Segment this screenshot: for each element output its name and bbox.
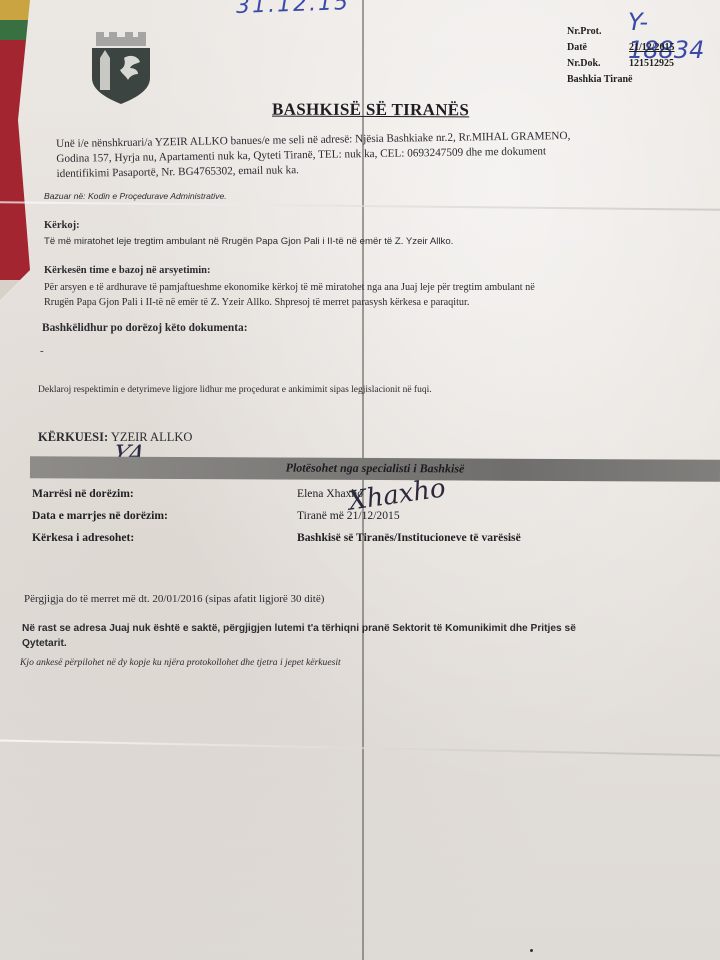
attachments-heading: Bashkëlidhur po dorëzoj këto dokumenta: [42, 321, 247, 336]
requester-label: KËRKUESI: [38, 430, 108, 444]
reasoning-text: Për arsyen e të ardhurave të pamjaftuesh… [44, 280, 664, 310]
banner-text: Plotësohet nga specialisti i Bashkisë [30, 459, 720, 478]
response-date-note: Përgjigja do të merret më dt. 20/01/2016… [24, 592, 324, 607]
tirana-coat-of-arms-icon [88, 28, 154, 106]
receipt-date-label: Data e marrjes në dorëzim: [32, 509, 168, 522]
attachment-item: - [40, 344, 44, 359]
reasoning-heading: Kërkesën time e bazoj në arsyetimin: [44, 263, 211, 278]
copies-note: Kjo ankesë përpilohet në dy kopje ku një… [20, 655, 341, 670]
receiver-label: Marrësi në dorëzim: [32, 487, 134, 500]
document-meta: Nr.Prot. Datë21/12/2015 Nr.Dok.121512925… [567, 24, 675, 88]
address-note-line-1: Në rast se adresa Juaj nuk është e saktë… [22, 621, 662, 636]
meta-value-doc: 121512925 [629, 56, 674, 72]
office-section-banner: Plotësohet nga specialisti i Bashkisë [30, 456, 720, 482]
request-heading: Kërkoj: [44, 218, 80, 233]
address-note: Në rast se adresa Juaj nuk është e saktë… [22, 621, 662, 651]
reasoning-line-2: Rrugën Papa Gjon Pali i II-të në emër të… [44, 295, 664, 310]
meta-label-doc: Nr.Dok. [567, 56, 629, 72]
meta-label-date: Datë [567, 40, 629, 56]
declaration: Deklaroj respektimin e detyrimeve ligjor… [38, 383, 432, 398]
addressee-value: Bashkisë së Tiranës/Institucioneve të va… [297, 531, 521, 544]
paper-speck [530, 949, 533, 952]
document-title: BASHKISË SË TIRANËS [272, 100, 469, 121]
meta-value-date: 21/12/2015 [629, 40, 675, 56]
reasoning-line-1: Për arsyen e të ardhurave të pamjaftuesh… [44, 280, 664, 295]
meta-label-prot: Nr.Prot. [567, 24, 629, 40]
addressee-label: Kërkesa i adresohet: [32, 531, 134, 544]
legal-basis: Bazuar në: Kodin e Proçedurave Administr… [44, 189, 227, 204]
address-note-line-2: Qytetarit. [22, 636, 662, 651]
request-text: Të më miratohet leje tregtim ambulant në… [44, 234, 453, 249]
issuer: Bashkia Tiranë [567, 72, 633, 88]
